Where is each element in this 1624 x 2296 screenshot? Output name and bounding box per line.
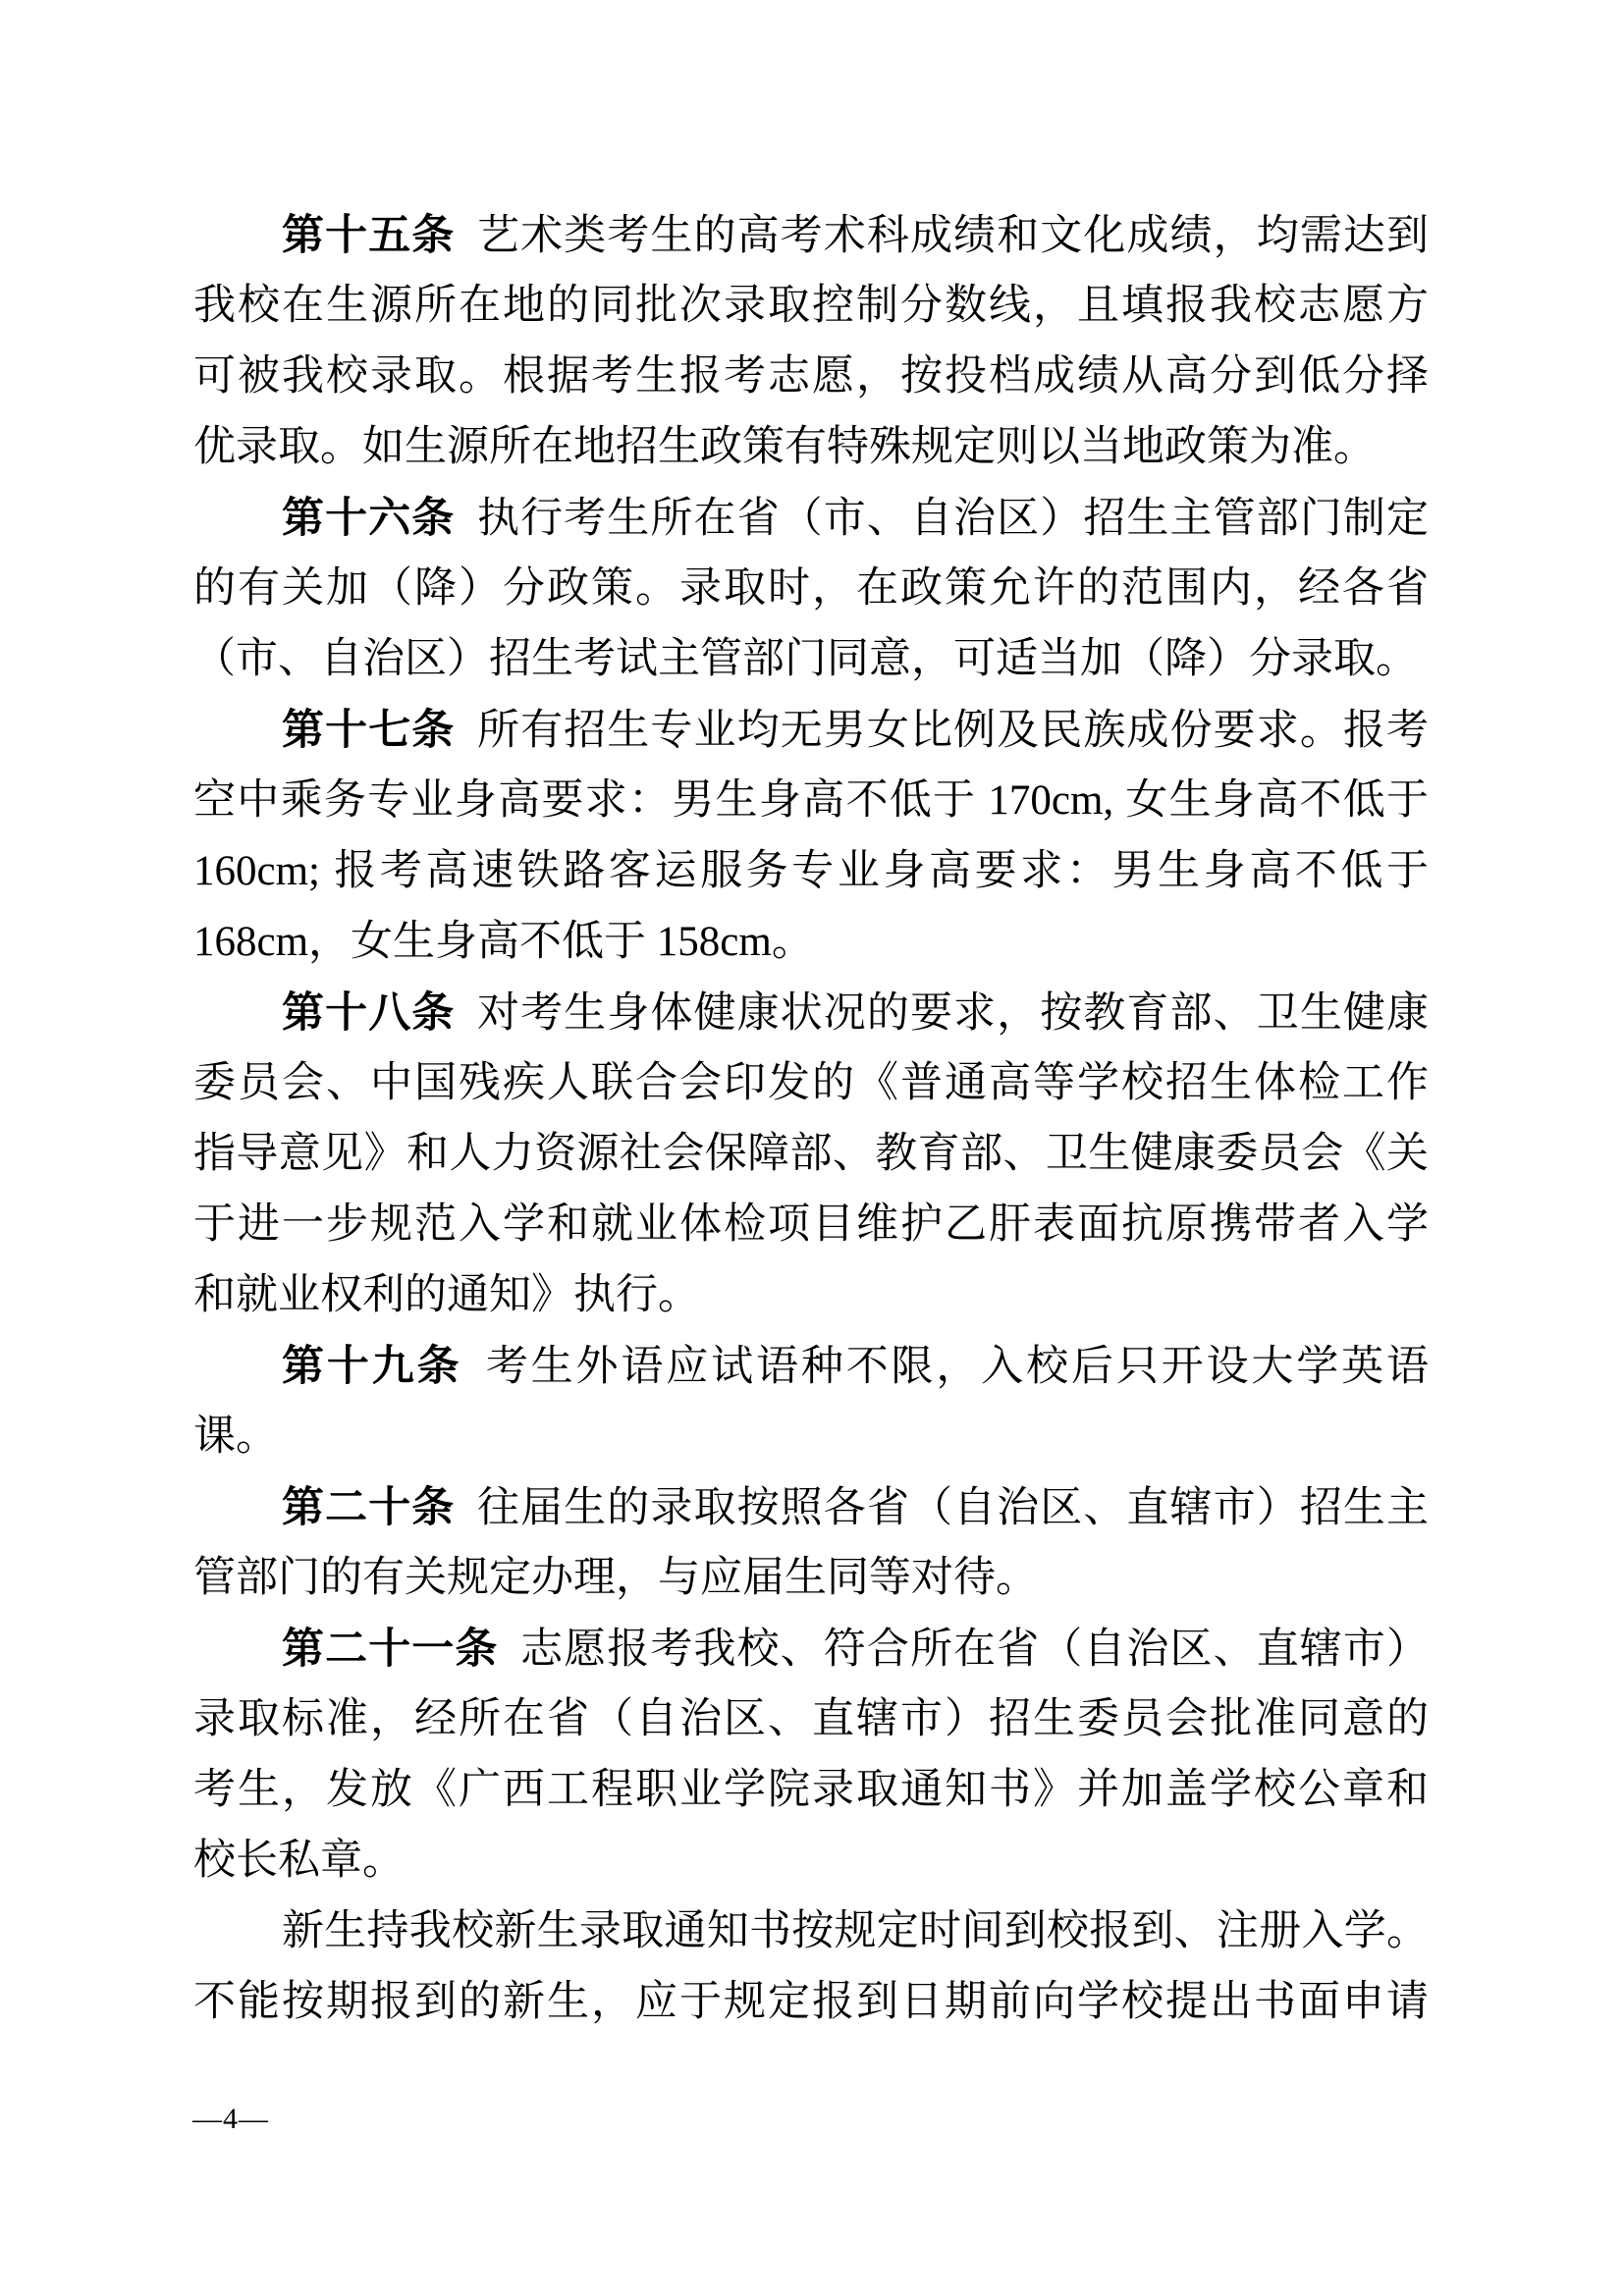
text-line: 管部门的有关规定办理，与应届生同等对待。 xyxy=(193,1543,1429,1614)
document-body: 第十五条 艺术类考生的高考术科成绩和文化成绩，均需达到我校在生源所在地的同批次录… xyxy=(193,200,1429,2038)
text-line: 可被我校录取。根据考生报考志愿，按投档成绩从高分到低分择 xyxy=(193,342,1429,412)
text-line: 第二十一条 志愿报考我校、符合所在省（自治区、直辖市） xyxy=(193,1614,1429,1684)
text-line: 于进一步规范入学和就业体检项目维护乙肝表面抗原携带者入学 xyxy=(193,1190,1429,1260)
text-line: 第十九条 考生外语应试语种不限，入校后只开设大学英语 xyxy=(193,1331,1429,1402)
article-number: 第十九条 xyxy=(282,1343,461,1390)
article-number: 第十八条 xyxy=(282,989,455,1037)
article-number: 第二十一条 xyxy=(282,1626,498,1673)
article-number: 第十六条 xyxy=(282,495,455,542)
text-line: 第十七条 所有招生专业均无男女比例及民族成份要求。报考 xyxy=(193,695,1429,766)
text-line: 第十六条 执行考生所在省（市、自治区）招生主管部门制定 xyxy=(193,483,1429,554)
text-line: 优录取。如生源所在地招生政策有特殊规定则以当地政策为准。 xyxy=(193,412,1429,483)
text-line: 第十八条 对考生身体健康状况的要求，按教育部、卫生健康 xyxy=(193,978,1429,1048)
text-line: 课。 xyxy=(193,1402,1429,1472)
article-number: 第十五条 xyxy=(282,212,455,259)
document-page: 第十五条 艺术类考生的高考术科成绩和文化成绩，均需达到我校在生源所在地的同批次录… xyxy=(0,0,1624,2296)
text-line: 空中乘务专业身高要求：男生身高不低于 170cm, 女生身高不低于 xyxy=(193,766,1429,836)
text-line: 第十五条 艺术类考生的高考术科成绩和文化成绩，均需达到 xyxy=(193,200,1429,271)
text-line: （市、自治区）招生考试主管部门同意，可适当加（降）分录取。 xyxy=(193,624,1429,695)
text-line: 新生持我校新生录取通知书按规定时间到校报到、注册入学。 xyxy=(193,1896,1429,1967)
text-line: 校长私章。 xyxy=(193,1826,1429,1896)
text-line: 和就业权利的通知》执行。 xyxy=(193,1260,1429,1331)
article-number: 第二十条 xyxy=(282,1484,455,1531)
text-line: 委员会、中国残疾人联合会印发的《普通高等学校招生体检工作 xyxy=(193,1048,1429,1119)
text-line: 考生，发放《广西工程职业学院录取通知书》并加盖学校公章和 xyxy=(193,1755,1429,1826)
page-number: —4— xyxy=(192,2097,269,2142)
text-line: 160cm; 报考高速铁路客运服务专业身高要求：男生身高不低于 xyxy=(193,836,1429,907)
text-line: 我校在生源所在地的同批次录取控制分数线，且填报我校志愿方 xyxy=(193,271,1429,342)
text-line: 不能按期报到的新生，应于规定报到日期前向学校提出书面申请 xyxy=(193,1967,1429,2038)
text-line: 第二十条 往届生的录取按照各省（自治区、直辖市）招生主 xyxy=(193,1472,1429,1543)
article-number: 第十七条 xyxy=(282,707,455,754)
text-line: 168cm，女生身高不低于 158cm。 xyxy=(193,907,1429,978)
text-line: 录取标准，经所在省（自治区、直辖市）招生委员会批准同意的 xyxy=(193,1684,1429,1755)
text-line: 指导意见》和人力资源社会保障部、教育部、卫生健康委员会《关 xyxy=(193,1119,1429,1190)
text-line: 的有关加（降）分政策。录取时，在政策允许的范围内，经各省 xyxy=(193,554,1429,624)
